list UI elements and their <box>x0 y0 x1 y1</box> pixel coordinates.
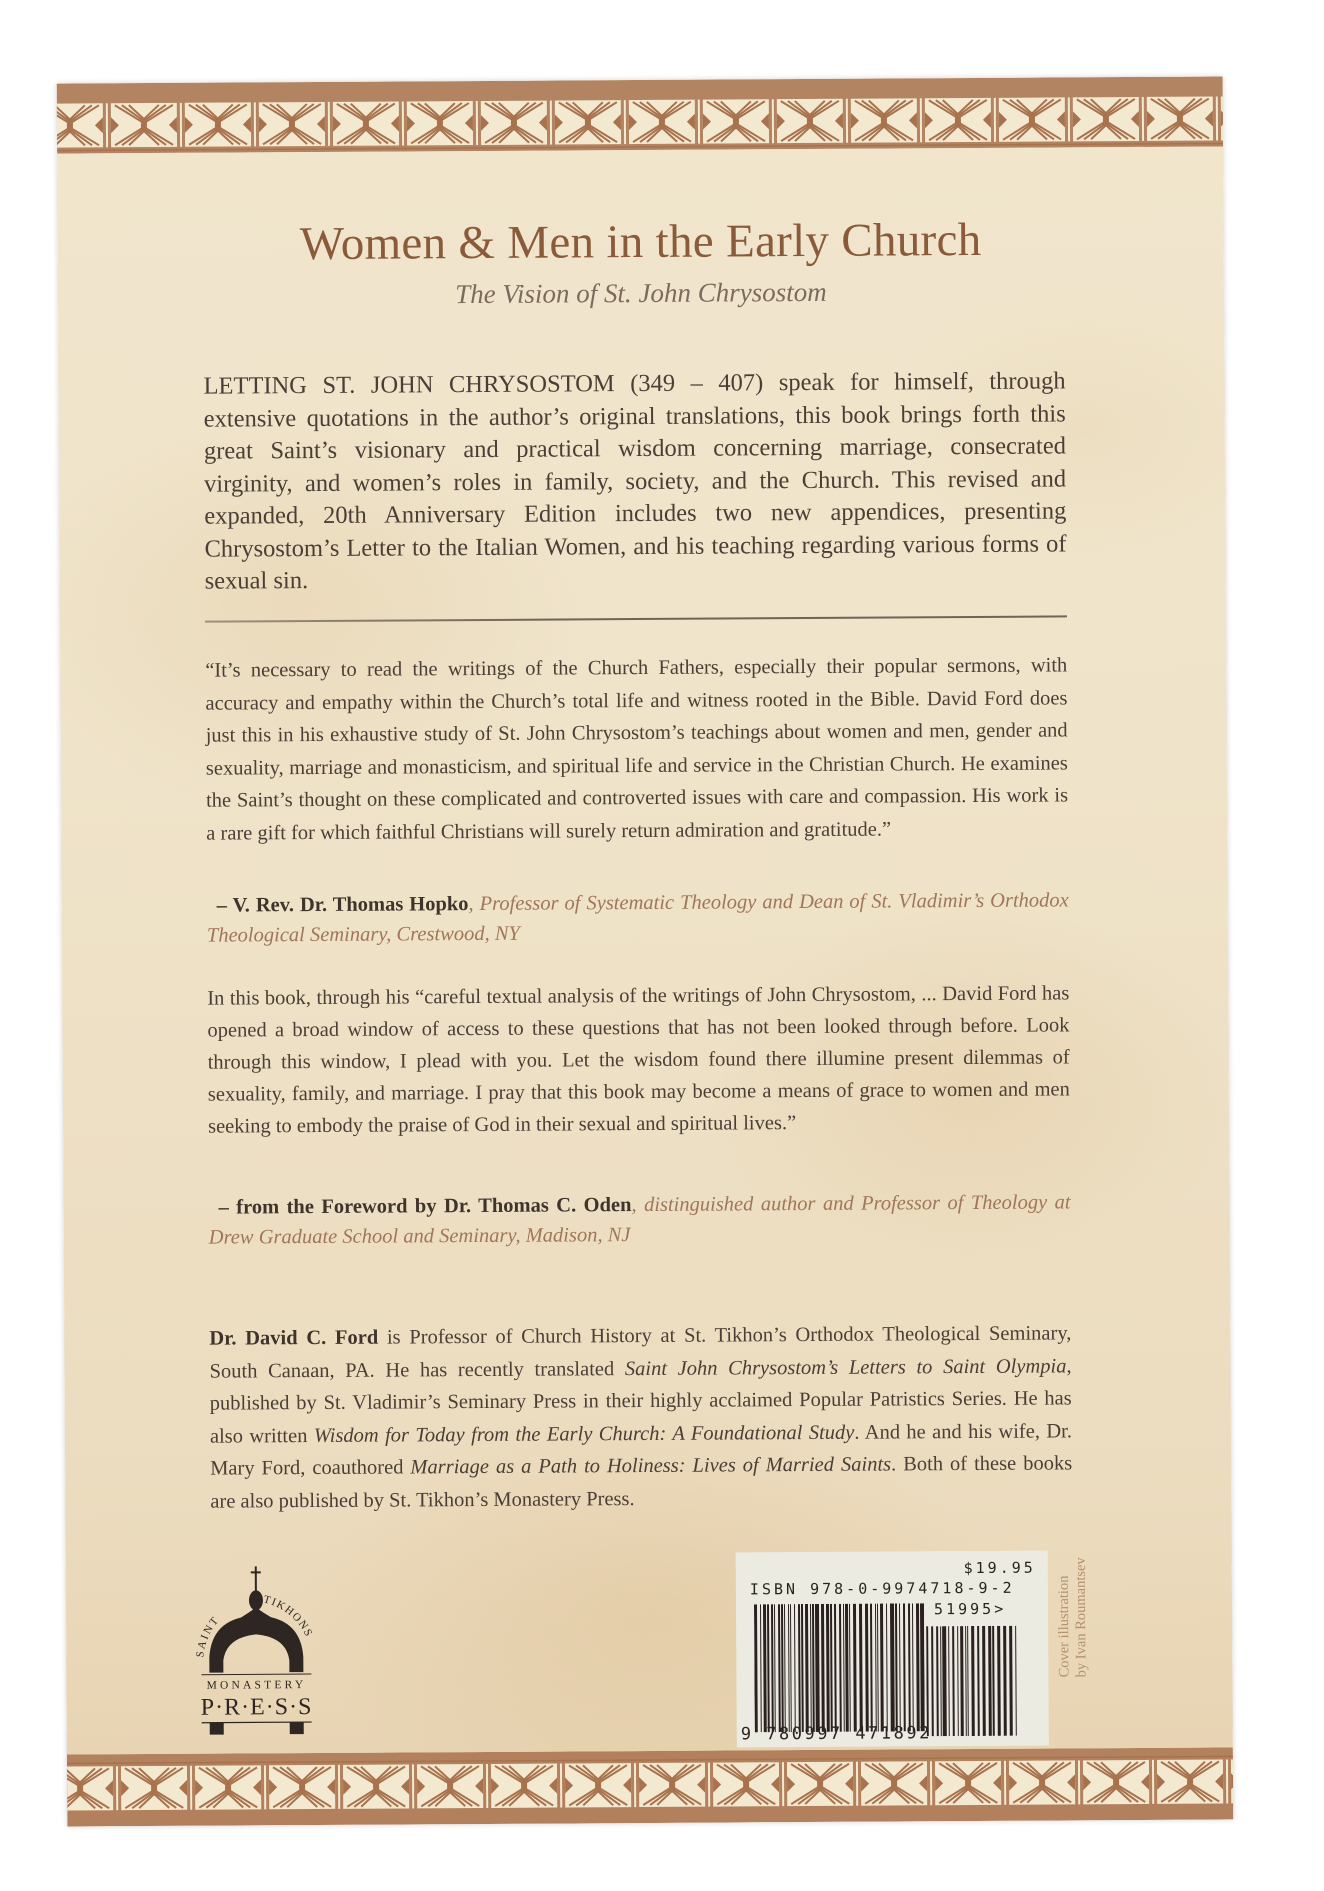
endorser-name: – from the Foreword by Dr. Thomas C. Ode… <box>218 1194 631 1219</box>
endorsement-quote-hopko: “It’s necessary to read the writings of … <box>205 649 1068 849</box>
book-back-cover: Women & Men in the Early Church The Visi… <box>57 76 1234 1826</box>
book-reference: Marriage as a Path to Holiness: Lives of… <box>410 1454 891 1479</box>
endorsement-quote-oden: In this book, through his “careful textu… <box>207 977 1070 1142</box>
barcode-icon <box>754 1603 925 1732</box>
book-reference: Saint John Chrysostom’s Letters to Saint… <box>625 1355 1067 1380</box>
author-name: Dr. David C. Ford <box>209 1327 378 1350</box>
endorser-name: – V. Rev. Dr. Thomas Hopko <box>217 893 469 917</box>
credit-line: by Ivan Roumantsev <box>1072 1477 1090 1677</box>
book-description: LETTING ST. JOHN CHRYSOSTOM (349 – 407) … <box>203 365 1066 598</box>
credit-line: Cover illustration <box>1055 1477 1073 1677</box>
endorsement-attribution-hopko: – V. Rev. Dr. Thomas Hopko, Professor of… <box>207 885 1069 950</box>
ornament-pattern-icon <box>57 76 1223 153</box>
barcode-addon-icon <box>926 1626 1017 1737</box>
cover-illustration-credit: Cover illustration by Ivan Roumantsev <box>1055 1477 1096 1677</box>
ornament-pattern-icon <box>67 1747 1233 1826</box>
decorative-border-top <box>57 76 1223 153</box>
book-reference: Wisdom for Today from the Early Church: … <box>314 1421 855 1446</box>
book-title: Women & Men in the Early Church <box>58 211 1224 272</box>
barcode-digits: 9 780997 471892 <box>741 1723 932 1744</box>
endorsement-attribution-oden: – from the Foreword by Dr. Thomas C. Ode… <box>208 1187 1070 1252</box>
section-divider <box>205 615 1067 622</box>
author-bio: Dr. David C. Ford is Professor of Church… <box>209 1317 1072 1517</box>
church-dome-arch-icon: SAINT TIKHONS MONASTERY P·R·E·S·S <box>181 1562 332 1743</box>
book-subtitle: The Vision of St. John Chrysostom <box>58 274 1224 312</box>
publisher-logo: SAINT TIKHONS MONASTERY P·R·E·S·S <box>181 1562 332 1743</box>
decorative-border-bottom <box>67 1747 1233 1826</box>
price: $19.95 <box>964 1559 1036 1577</box>
svg-text:MONASTERY: MONASTERY <box>207 1679 307 1692</box>
isbn-barcode-label: $19.95 ISBN 978-0-9974718-9-2 51995> 9 7… <box>736 1551 1049 1748</box>
isbn-number: ISBN 978-0-9974718-9-2 <box>750 1579 1015 1599</box>
price-addon-code: 51995> <box>934 1600 1006 1618</box>
svg-text:P·R·E·S·S: P·R·E·S·S <box>201 1694 313 1721</box>
